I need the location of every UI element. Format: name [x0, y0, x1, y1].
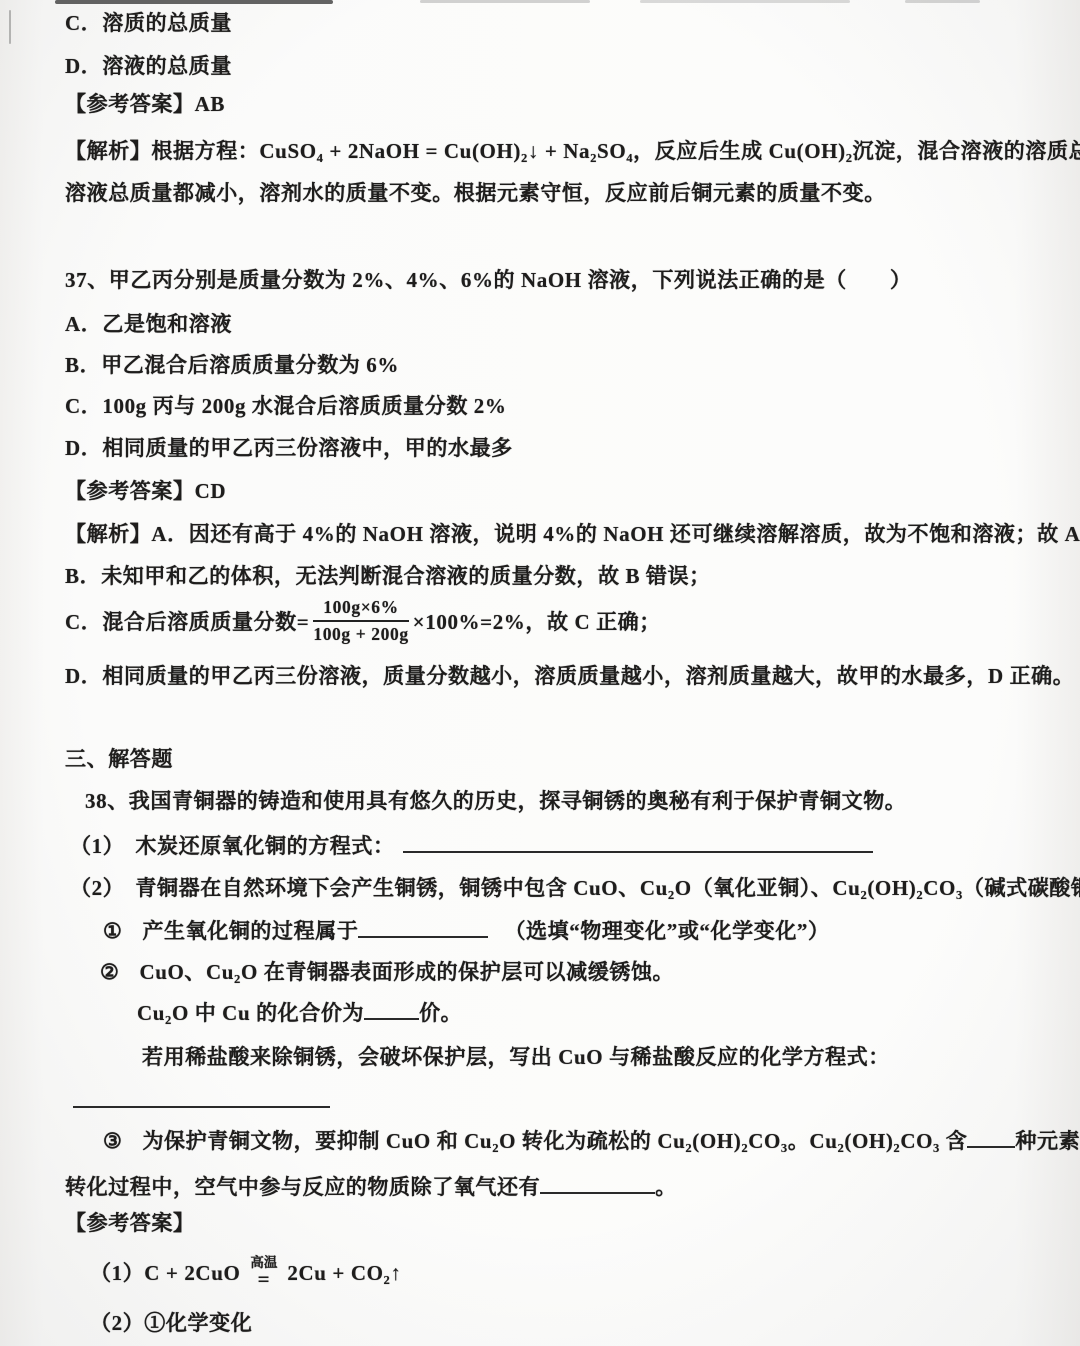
answer-blank-valence: [364, 998, 419, 1020]
fraction-denominator: 100g + 200g: [313, 622, 408, 645]
answer-blank-change-type: [358, 916, 488, 938]
scan-artifact: [9, 10, 11, 44]
q38-answer2: （2）①化学变化: [90, 1308, 252, 1338]
item1-prefix: 产生氧化铜的过程属于: [142, 919, 358, 943]
scanned-exam-page: C．溶质的总质量 D．溶液的总质量 【参考答案】AB 【解析】根据方程：CuSO…: [0, 0, 1080, 1346]
fraction-numerator: 100g×6%: [313, 597, 408, 622]
q37-stem: 37、甲乙丙分别是质量分数为 2%、4%、6%的 NaOH 溶液，下列说法正确的…: [65, 265, 912, 295]
item1-number: ①: [103, 916, 122, 946]
q37-analysis-c: C．混合后溶质质量分数= 100g×6% 100g + 200g ×100%=2…: [65, 592, 661, 650]
equation-left: （1）C + 2CuO: [90, 1258, 240, 1288]
answer-blank-elements: [967, 1126, 1015, 1148]
q37-analysis-a: 【解析】A．因还有高于 4%的 NaOH 溶液，说明 4%的 NaOH 还可继续…: [65, 519, 1080, 549]
q36-analysis-line1: 【解析】根据方程：CuSO₄ + 2NaOH = Cu(OH)₂↓ + Na₂S…: [65, 136, 1080, 166]
q38-item3-line2: 转化过程中，空气中参与反应的物质除了氧气还有。: [65, 1172, 677, 1202]
section3-title: 三、解答题: [65, 744, 173, 774]
q37-analysis-c-suffix: ×100%=2%，故 C 正确；: [413, 606, 661, 636]
item3-line2-prefix: 转化过程中，空气中参与反应的物质除了氧气还有: [65, 1175, 540, 1199]
q37-analysis-b: B．未知甲和乙的体积，无法判断混合溶液的质量分数，故 B 错误；: [65, 561, 711, 591]
fraction: 100g×6% 100g + 200g: [313, 597, 408, 645]
q36-option-c: C．溶质的总质量: [65, 8, 232, 38]
q37-option-d: D．相同质量的甲乙丙三份溶液中，甲的水最多: [65, 433, 513, 463]
q38-item2-line1: ②CuO、Cu₂O 在青铜器表面形成的保护层可以减缓锈蚀。: [100, 957, 674, 987]
q36-analysis-line2: 溶液总质量都减小，溶剂水的质量不变。根据元素守恒，反应前后铜元素的质量不变。: [65, 178, 886, 208]
q37-option-b: B．甲乙混合后溶质质量分数为 6%: [65, 350, 399, 380]
q38-reference-answer-label: 【参考答案】: [65, 1208, 195, 1238]
equation-condition-over-equals: 高温 =: [250, 1256, 277, 1288]
q37-analysis-c-prefix: C．混合后溶质质量分数=: [65, 606, 309, 636]
q37-option-a: A．乙是饱和溶液: [65, 309, 232, 339]
q38-answer1-equation: （1）C + 2CuO 高温 = 2Cu + CO₂↑: [90, 1244, 402, 1288]
scan-artifact: [640, 0, 850, 3]
item3-prefix: 为保护青铜文物，要抑制 CuO 和 Cu₂O 转化为疏松的 Cu₂(OH)₂CO…: [142, 1129, 967, 1153]
q37-reference-answer: 【参考答案】CD: [65, 476, 226, 506]
equation-right: 2Cu + CO₂↑: [287, 1258, 401, 1288]
scan-artifact: [420, 0, 590, 3]
item1-suffix: （选填“物理变化”或“化学变化”）: [504, 919, 829, 943]
q38-item2-line3: 若用稀盐酸来除铜锈，会破坏保护层，写出 CuO 与稀盐酸反应的化学方程式：: [142, 1042, 890, 1072]
item2-number: ②: [100, 957, 119, 987]
item2-line2-suffix: 价。: [419, 1001, 462, 1025]
q36-reference-answer: 【参考答案】AB: [65, 89, 225, 119]
answer-blank-standalone: [73, 1086, 330, 1108]
scan-artifact: [55, 0, 333, 4]
item3-number: ③: [103, 1126, 122, 1156]
q38-part1-prefix: （1） 木炭还原氧化铜的方程式：: [70, 834, 395, 858]
item2-line2-prefix: Cu₂O 中 Cu 的化合价为: [137, 1001, 364, 1025]
item3-suffix: 种元素。在上述: [1015, 1129, 1080, 1153]
q36-option-d: D．溶液的总质量: [65, 51, 232, 81]
q38-stem: 38、我国青铜器的铸造和使用具有悠久的历史，探寻铜锈的奥秘有利于保护青铜文物。: [85, 786, 906, 816]
q38-item3-line1: ③为保护青铜文物，要抑制 CuO 和 Cu₂O 转化为疏松的 Cu₂(OH)₂C…: [103, 1126, 1080, 1156]
answer-blank-equation: [403, 831, 873, 853]
item2-text: CuO、Cu₂O 在青铜器表面形成的保护层可以减缓锈蚀。: [139, 960, 674, 984]
item3-line2-suffix: 。: [655, 1175, 677, 1199]
q37-option-c: C．100g 丙与 200g 水混合后溶质质量分数 2%: [65, 391, 506, 421]
scan-artifact: [905, 0, 980, 3]
q38-part1: （1） 木炭还原氧化铜的方程式：: [70, 831, 873, 861]
q38-part2: （2） 青铜器在自然环境下会产生铜锈，铜锈中包含 CuO、Cu₂O（氧化亚铜）、…: [70, 873, 1080, 903]
q38-item2-line2: Cu₂O 中 Cu 的化合价为价。: [137, 998, 462, 1028]
q38-item1: ①产生氧化铜的过程属于（选填“物理变化”或“化学变化”）: [103, 916, 830, 946]
equals-sign: =: [258, 1270, 271, 1288]
answer-blank-substance: [540, 1172, 655, 1194]
q37-analysis-d: D．相同质量的甲乙丙三份溶液，质量分数越小，溶质质量越小，溶剂质量越大，故甲的水…: [65, 661, 1074, 691]
